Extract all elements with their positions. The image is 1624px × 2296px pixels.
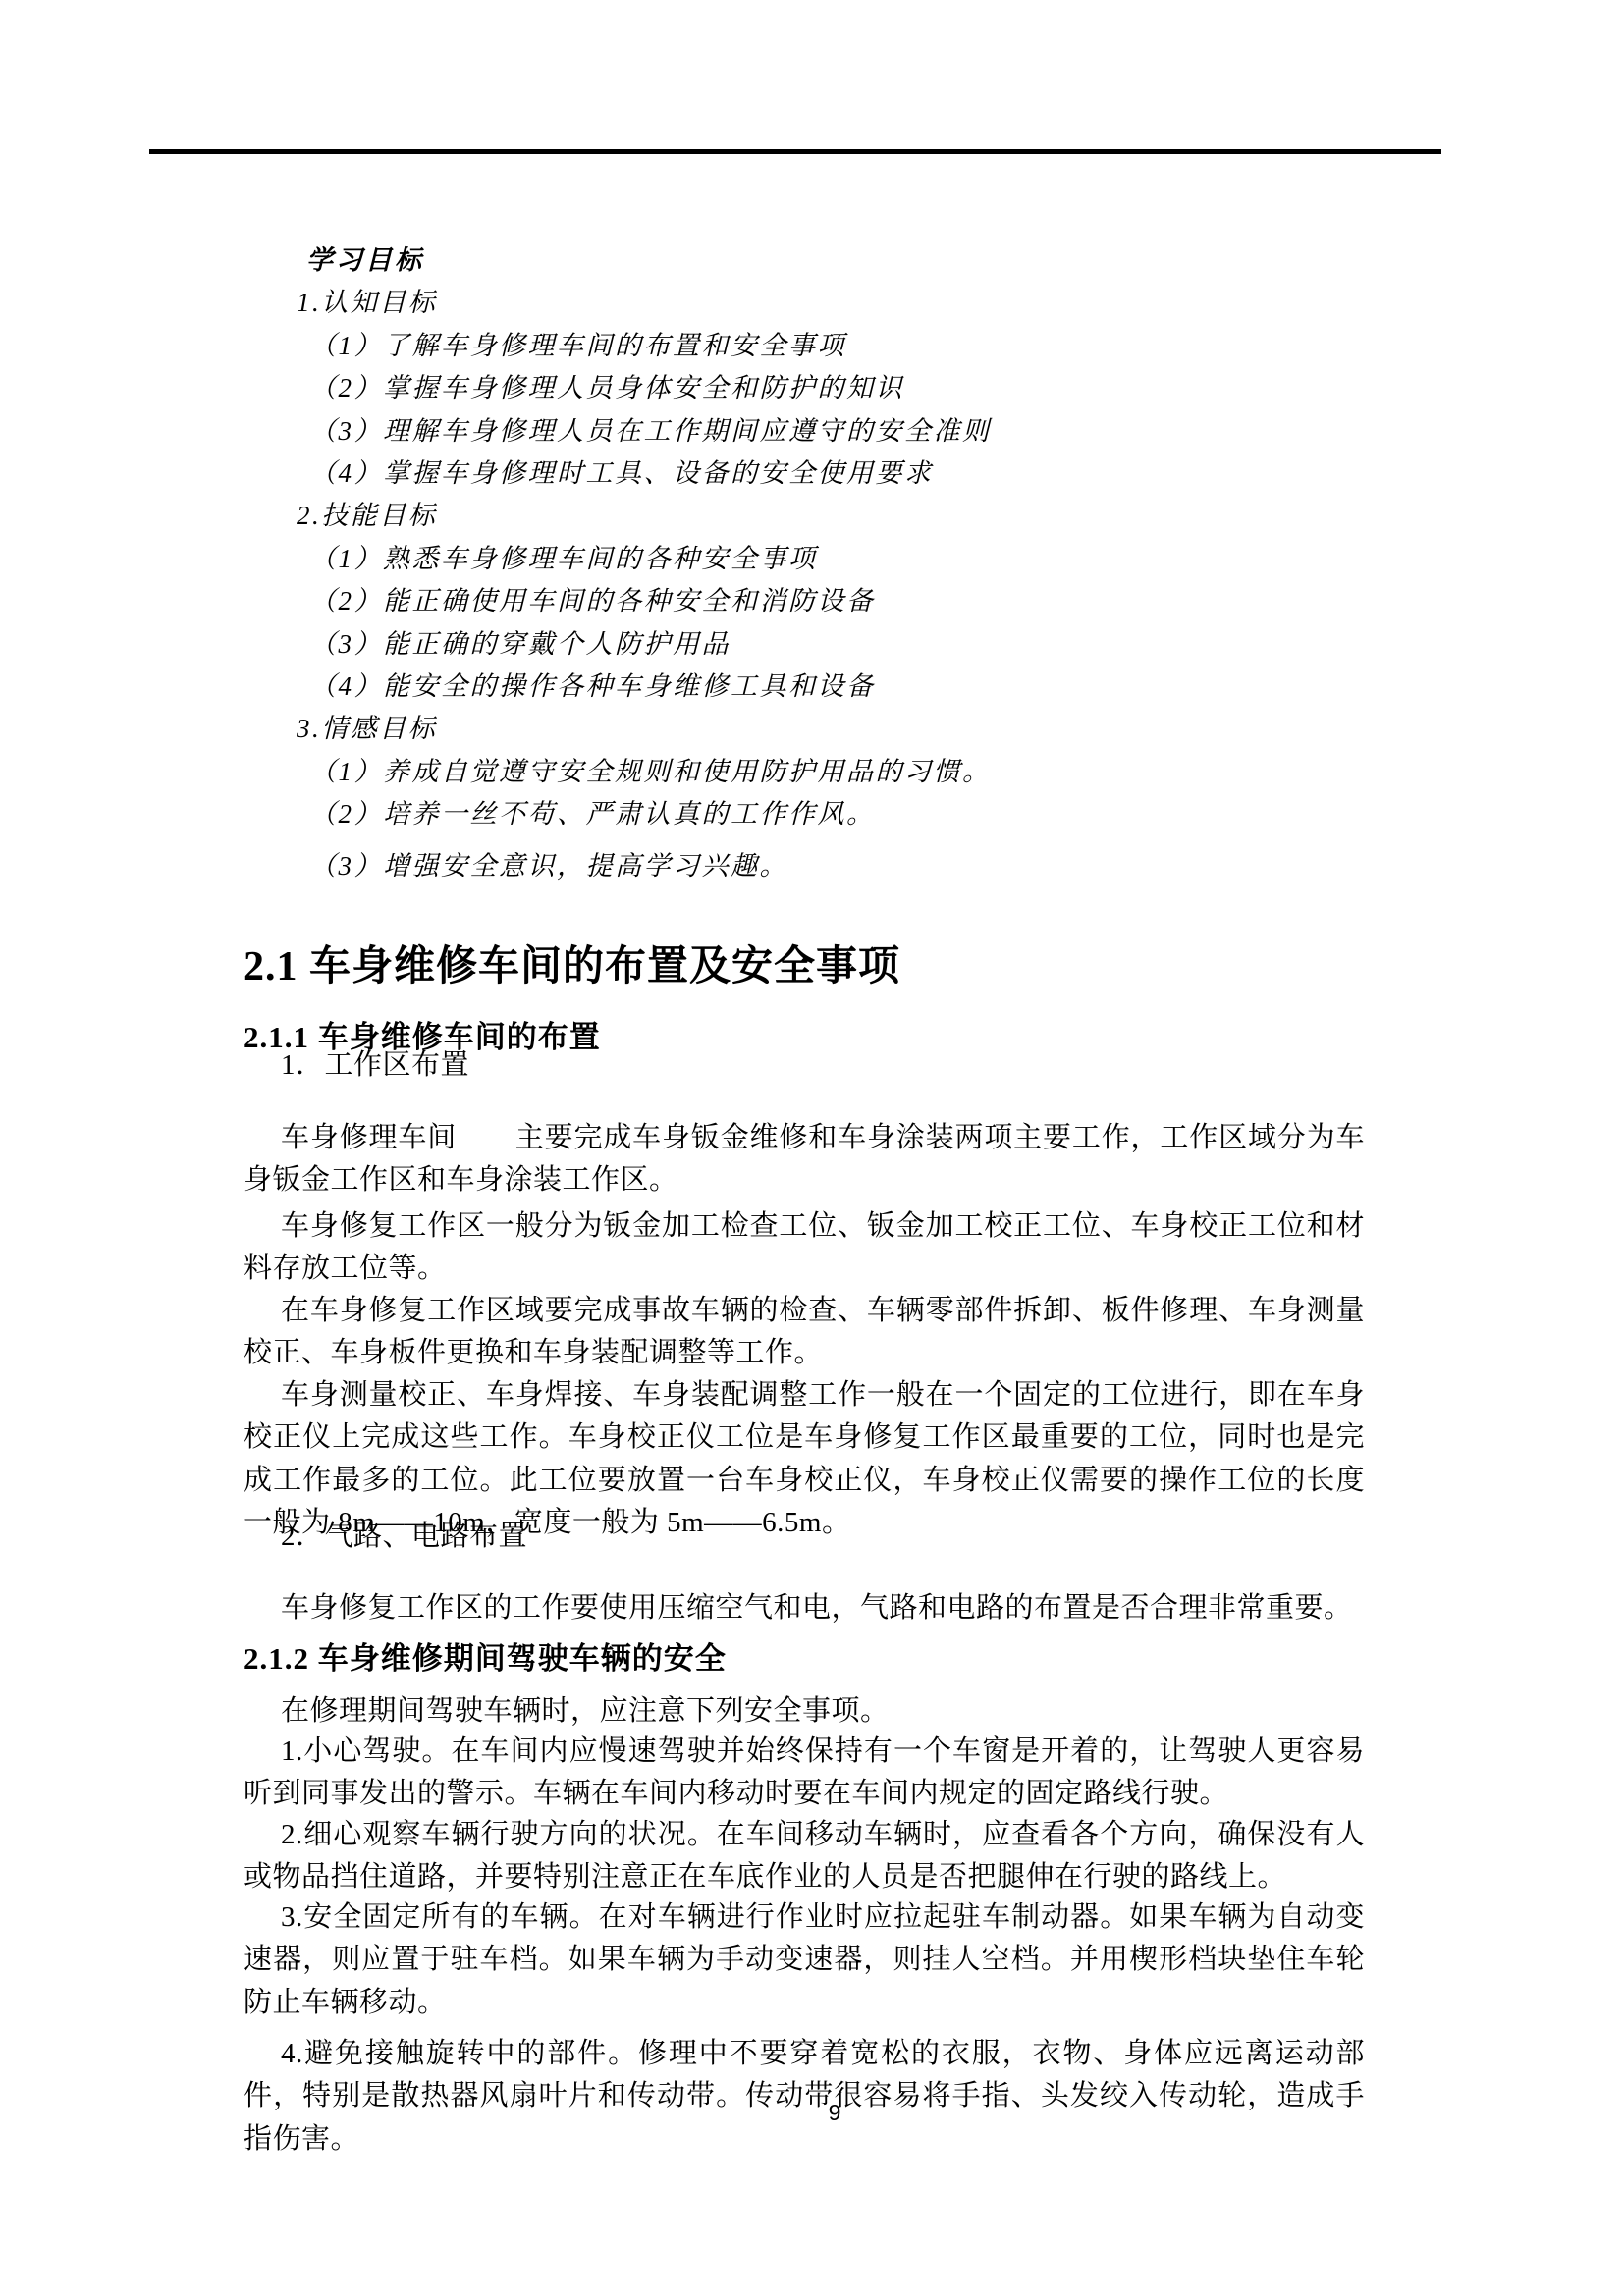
- objectives-title: 学习目标: [306, 240, 1365, 282]
- objective-item: （4）掌握车身修理时工具、设备的安全使用要求: [309, 453, 1365, 495]
- objective-item: （1）熟悉车身修理车间的各种安全事项: [309, 538, 1365, 580]
- objective-item: （1）了解车身修理车间的布置和安全事项: [309, 325, 1365, 367]
- safety-item: 3.安全固定所有的车辆。在对车辆进行作业时应拉起驻车制动器。如果车辆为自动变速器…: [244, 1896, 1365, 2024]
- paragraph: 车身修理车间 主要完成车身钣金维修和车身涂装两项主要工作，工作区域分为车身钣金工…: [244, 1117, 1365, 1202]
- section-heading: 2.1 车身维修车间的布置及安全事项: [244, 941, 900, 992]
- learning-objectives-block: 学习目标 1.认知目标 （1）了解车身修理车间的布置和安全事项 （2）掌握车身修…: [244, 240, 1365, 887]
- paragraph: 在车身修复工作区域要完成事故车辆的检查、车辆零部件拆卸、板件修理、车身测量校正、…: [244, 1290, 1365, 1375]
- objective-item: （3）增强安全意识，提高学习兴趣。: [309, 845, 1365, 887]
- paragraph: 车身修复工作区的工作要使用压缩空气和电，气路和电路的布置是否合理非常重要。: [244, 1587, 1365, 1629]
- list-point-2: 2．气路、电路布置: [244, 1516, 1365, 1558]
- safety-item: 2.细心观察车辆行驶方向的状况。在车间移动车辆时，应查看各个方向，确保没有人或物…: [244, 1814, 1365, 1899]
- objective-item: （1）养成自觉遵守安全规则和使用防护用品的习惯。: [309, 751, 1365, 793]
- header-rule: [149, 149, 1441, 154]
- objective-item: （2）能正确使用车间的各种安全和消防设备: [309, 580, 1365, 622]
- objective-item: （4）能安全的操作各种车身维修工具和设备: [309, 666, 1365, 708]
- objective-group-heading: 2.技能目标: [297, 495, 1365, 537]
- objective-item: （2）掌握车身修理人员身体安全和防护的知识: [309, 367, 1365, 409]
- document-page: 学习目标 1.认知目标 （1）了解车身修理车间的布置和安全事项 （2）掌握车身修…: [0, 0, 1624, 2296]
- objective-group-heading: 3.情感目标: [297, 708, 1365, 750]
- list-point-1: 1．工作区布置: [244, 1044, 1365, 1087]
- page-number: 9: [766, 2099, 903, 2126]
- paragraph-intro: 在修理期间驾驶车辆时，应注意下列安全事项。: [244, 1690, 1365, 1733]
- safety-item: 1.小心驾驶。在车间内应慢速驾驶并始终保持有一个车窗是开着的，让驾驶人更容易听到…: [244, 1731, 1365, 1816]
- paragraph: 车身修复工作区一般分为钣金加工检查工位、钣金加工校正工位、车身校正工位和材料存放…: [244, 1205, 1365, 1291]
- objective-group-heading: 1.认知目标: [297, 282, 1365, 324]
- subsection-heading-212: 2.1.2 车身维修期间驾驶车辆的安全: [244, 1637, 727, 1680]
- objective-item: （3）能正确的穿戴个人防护用品: [309, 623, 1365, 666]
- objective-item: （2）培养一丝不苟、严肃认真的工作作风。: [309, 793, 1365, 835]
- objective-item: （3）理解车身修理人员在工作期间应遵守的安全准则: [309, 410, 1365, 453]
- safety-item: 4.避免接触旋转中的部件。修理中不要穿着宽松的衣服，衣物、身体应远离运动部件，特…: [244, 2033, 1365, 2161]
